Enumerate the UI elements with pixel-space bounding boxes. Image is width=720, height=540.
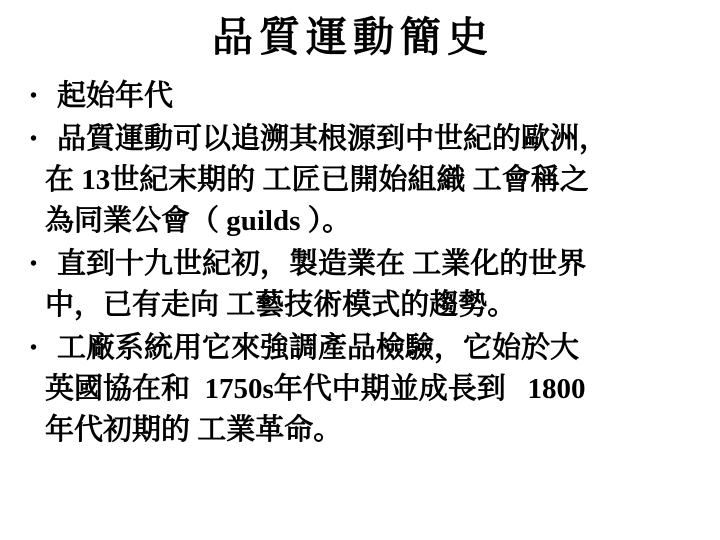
bullet-text-line: 中，已有走向 工藝技術模式的趨勢。	[45, 285, 720, 326]
bullet-text-line: 起始年代	[57, 80, 173, 112]
bullet-text-line: 直到十九世紀初，製造業在 工業化的世界	[57, 248, 586, 280]
bullet-text-line: 年代初期的 工業革命。	[45, 410, 720, 451]
bullet-item: •直到十九世紀初，製造業在 工業化的世界 中，已有走向 工藝技術模式的趨勢。	[0, 244, 720, 326]
bullet-text-line: 在 13世紀末期的 工匠已開始組織 工會稱之	[45, 160, 720, 201]
bullet-marker: •	[30, 328, 57, 369]
bullet-text-line: 英國協在和 1750s年代中期並成長到 1800	[45, 369, 720, 410]
bullet-marker: •	[30, 119, 57, 160]
bullet-item: •工廠系統用它來強調產品檢驗，它始於大 英國協在和 1750s年代中期並成長到 …	[0, 328, 720, 451]
bullet-text-line: 為同業公會（ guilds ）。	[45, 201, 720, 242]
slide-body: •起始年代 •品質運動可以追溯其根源到中世紀的歐洲， 在 13世紀末期的 工匠已…	[0, 76, 720, 453]
bullet-text-line: 品質運動可以追溯其根源到中世紀的歐洲，	[57, 123, 608, 155]
presentation-slide: 品質運動簡史 •起始年代 •品質運動可以追溯其根源到中世紀的歐洲， 在 13世紀…	[0, 0, 720, 540]
bullet-text-line: 工廠系統用它來強調產品檢驗，它始於大	[57, 332, 579, 364]
bullet-item: •起始年代	[0, 76, 720, 117]
bullet-item: •品質運動可以追溯其根源到中世紀的歐洲， 在 13世紀末期的 工匠已開始組織 工…	[0, 119, 720, 242]
bullet-marker: •	[30, 244, 57, 285]
bullet-marker: •	[30, 76, 57, 117]
slide-title: 品質運動簡史	[0, 10, 706, 64]
